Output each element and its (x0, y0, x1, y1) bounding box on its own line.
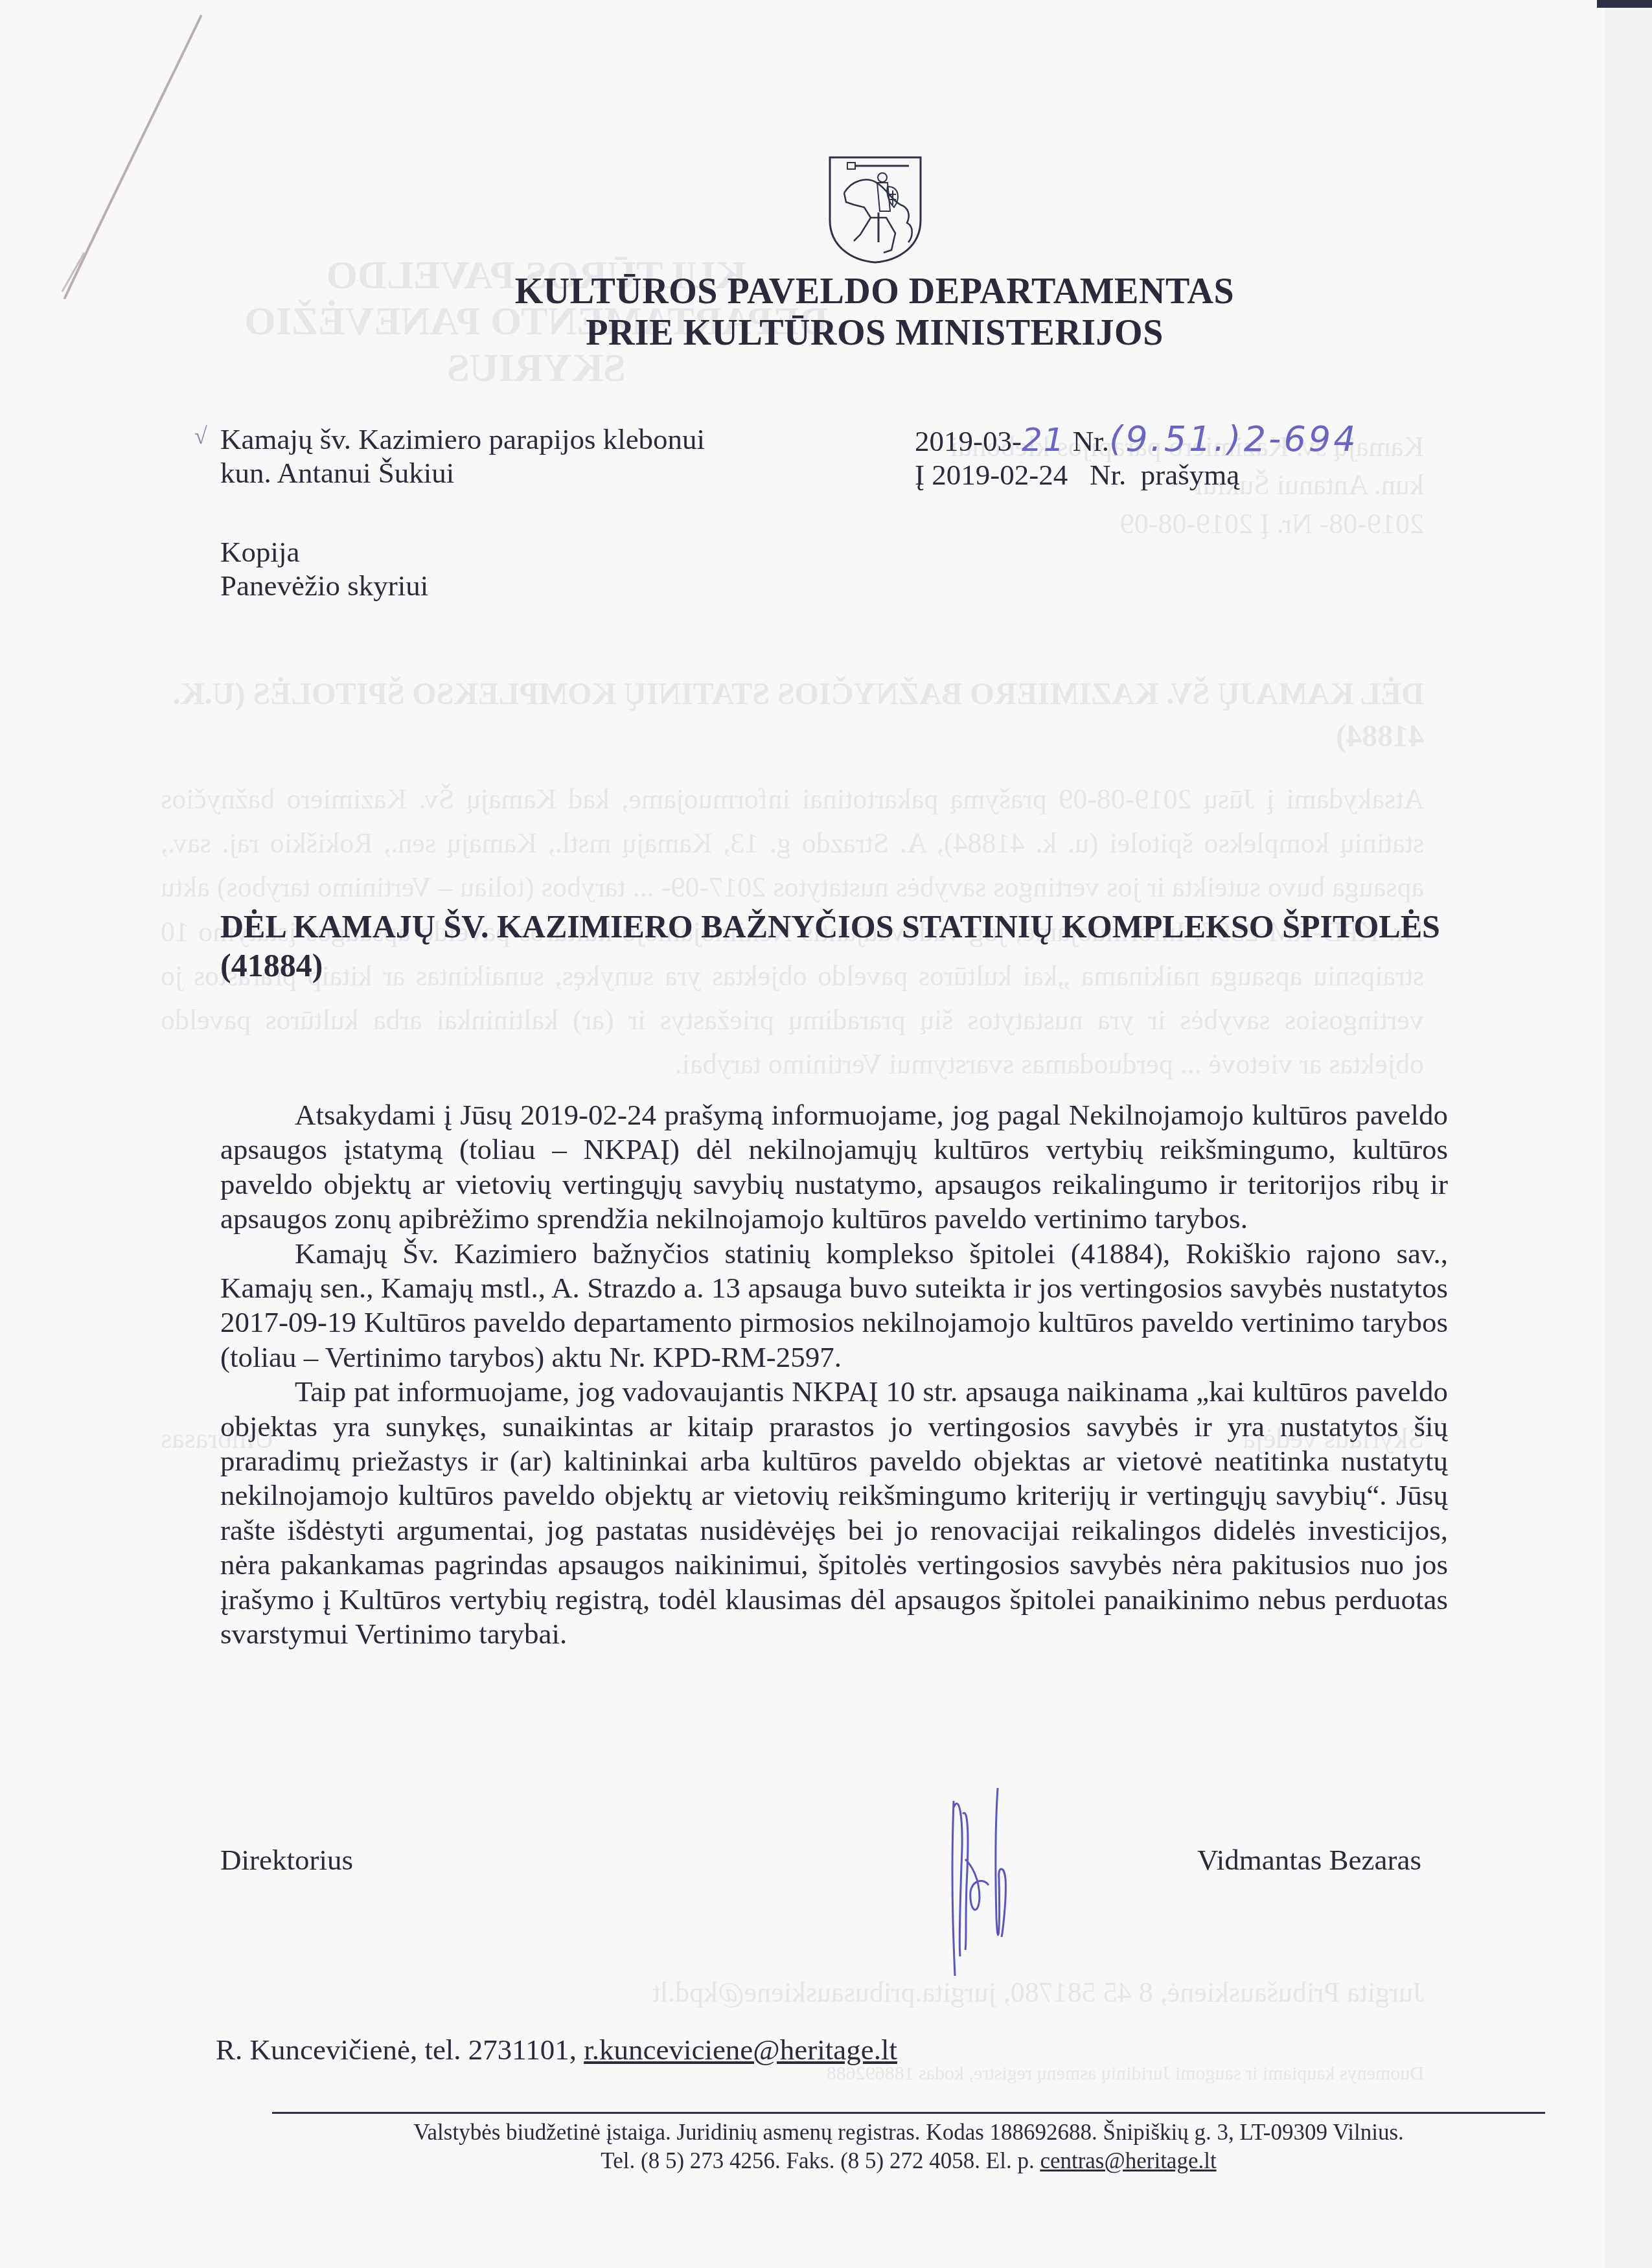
handwritten-signature-icon (933, 1788, 1062, 1982)
addressee-line-1: Kamajų šv. Kazimiero parapijos klebonui (220, 422, 705, 456)
footer-line-1: Valstybės biudžetinė įstaiga. Juridinių … (272, 2118, 1545, 2147)
copy-recipient: Panevėžio skyriui (220, 569, 428, 602)
footer-line-2: Tel. (8 5) 273 4256. Faks. (8 5) 272 405… (272, 2147, 1545, 2175)
signer-role: Direktorius (220, 1843, 353, 1877)
letter-body: Atsakydami į Jūsų 2019-02-24 prašymą inf… (220, 1098, 1448, 1652)
handwritten-day: 21 (1022, 421, 1066, 459)
contact-email-link[interactable]: r.kunceviciene@heritage.lt (584, 2033, 897, 2066)
check-mark-icon: √ (194, 422, 207, 450)
handwritten-number: (9.51.)2-694 (1109, 418, 1358, 459)
copy-to-block: Kopija Panevėžio skyriui (220, 535, 428, 602)
body-paragraph: Atsakydami į Jūsų 2019-02-24 prašymą inf… (220, 1098, 1448, 1237)
reply-reference: Į 2019-02-24 Nr. prašymą (915, 458, 1359, 492)
copy-label: Kopija (220, 535, 428, 569)
scan-edge-dark-corner (1597, 0, 1652, 8)
signer-name: Vidmantas Bezaras (1197, 1843, 1421, 1877)
letter-footer: Valstybės biudžetinė įstaiga. Juridinių … (272, 2118, 1545, 2175)
organization-name: KULTŪROS PAVELDO DEPARTAMENTAS PRIE KULT… (389, 271, 1360, 354)
footer-email-link[interactable]: centras@heritage.lt (1040, 2148, 1216, 2173)
coat-of-arms-icon (828, 155, 923, 264)
reference-block: 2019-03-21 Nr.(9.51.)2-694 Į 2019-02-24 … (915, 422, 1359, 492)
letter-subject: DĖL KAMAJŲ ŠV. KAZIMIERO BAŽNYČIOS STATI… (220, 907, 1471, 985)
body-paragraph: Kamajų Šv. Kazimiero bažnyčios statinių … (220, 1237, 1448, 1375)
addressee-line-2: kun. Antanui Šukiui (220, 456, 705, 490)
pencil-mark-icon (39, 13, 233, 311)
contact-person: R. Kuncevičienė, tel. 2731101, r.kuncevi… (216, 2033, 897, 2067)
document-date-number: 2019-03-21 Nr.(9.51.)2-694 (915, 422, 1359, 458)
footer-divider (272, 2112, 1545, 2114)
addressee-block: Kamajų šv. Kazimiero parapijos klebonui … (220, 422, 705, 490)
body-paragraph: Taip pat informuojame, jog vadovaujantis… (220, 1375, 1448, 1651)
scan-edge (1605, 0, 1652, 2268)
